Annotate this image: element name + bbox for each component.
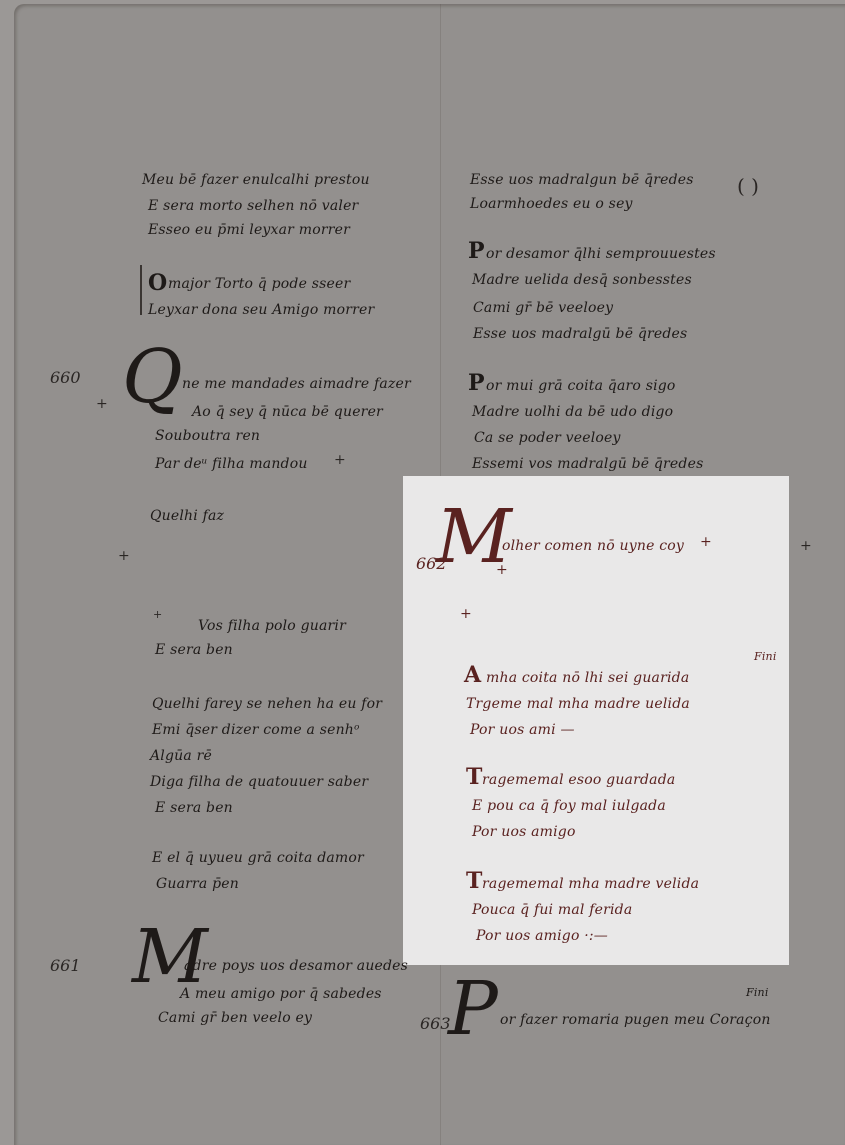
decorated-initial: Q [122, 340, 183, 414]
verse-line: ragememal mha madre velida [482, 876, 699, 892]
poem-number: 663 [420, 1014, 451, 1033]
decorated-initial: M [132, 920, 208, 994]
verse-line: Quelhi faz [150, 508, 224, 524]
paren-mark: ( ) [737, 174, 759, 198]
verse-line: ne me mandades aimadre fazer [182, 376, 411, 392]
verse-line: Emi q̄ser dizer come a senhᵒ [152, 722, 360, 738]
poem-number: 660 [50, 368, 81, 387]
verse-line: A meu amigo por q̄ sabedes [180, 986, 382, 1002]
verse-line: Ca se poder veeloey [474, 430, 621, 446]
verse-line: Por uos amigo [472, 824, 576, 840]
decorated-initial: P [448, 972, 498, 1046]
initial-letter: A [464, 662, 481, 688]
verse-line: Trgeme mal mha madre uelida [466, 696, 690, 712]
verse-line: mha coita nō lhi sei guarida [486, 670, 689, 686]
verse-line: Cami gr̄ bē veeloey [473, 300, 613, 316]
verse-line: E el q̄ uyueu grā coita damor [152, 850, 364, 866]
verse-line: Cami gr̄ ben veelo ey [158, 1010, 312, 1026]
verse-line: Souboutra ren [155, 428, 260, 444]
verse-line: Por uos amigo ·:— [476, 928, 608, 944]
initial-letter: T [466, 764, 482, 790]
cross-mark: + [460, 606, 472, 622]
verse-line: ragememal esoo guardada [482, 772, 675, 788]
verse-line: E sera ben [155, 800, 233, 816]
verse-line: or mui grā coita q̄aro sigo [486, 378, 676, 394]
verse-line: Esse uos madralgū bē q̄redes [473, 326, 687, 342]
verse-line: Par deᵘ filha mandou [155, 456, 308, 472]
verse-line: Leyxar dona seu Amigo morrer [148, 302, 374, 318]
verse-line: adre poys uos desamor auedes [184, 958, 408, 974]
poem-number: 661 [50, 956, 81, 975]
initial-letter: P [468, 370, 485, 396]
verse-line: Vos filha polo guarir [198, 618, 346, 634]
verse-line: Ao q̄ sey q̄ nūca bē querer [192, 404, 383, 420]
verse-line: Diga filha de quatouuer saber [150, 774, 368, 790]
initial-letter: P [468, 238, 485, 264]
verse-line: Meu bē fazer enulcalhi prestou [142, 172, 370, 188]
verse-line: E sera morto selhen nō valer [148, 198, 358, 214]
verse-line: Esse uos madralgun bē q̄redes [470, 172, 694, 188]
cross-mark: + [334, 452, 346, 468]
cross-mark: + [496, 562, 508, 578]
verse-line: Essemi vos madralgū bē q̄redes [472, 456, 703, 472]
initial-letter: O [148, 270, 167, 296]
verse-line: Madre uelida desq̄ sonbesstes [472, 272, 692, 288]
verse-line: Madre uolhi da bē udo digo [472, 404, 673, 420]
margin-note: Fini [754, 650, 777, 663]
verse-line: Loarmhoedes eu o sey [470, 196, 633, 212]
cross-mark: + [800, 538, 812, 554]
cross-mark: + [700, 534, 712, 550]
cross-mark: + [96, 396, 108, 412]
verse-line: Quelhi farey se nehen ha eu for [152, 696, 382, 712]
margin-note: Fini [746, 986, 769, 999]
margin-bracket [140, 265, 142, 315]
verse-line: olher comen nō uyne coy [502, 538, 684, 554]
verse-line: or desamor q̄lhi semprouuestes [486, 246, 716, 262]
verse-line: Por uos ami — [470, 722, 575, 738]
verse-line: Algūa rē [150, 748, 212, 764]
verse-line: or fazer romaria pugen meu Coraçon [500, 1012, 771, 1028]
verse-line: E pou ca q̄ foy mal iulgada [472, 798, 666, 814]
cross-mark: + [118, 548, 130, 564]
verse-line: E sera ben [155, 642, 233, 658]
verse-line: Esseo eu p̄mi leyxar morrer [148, 222, 350, 238]
cross-mark: + [153, 608, 162, 621]
verse-line: major Torto q̄ pode sseer [168, 276, 350, 292]
verse-line: Pouca q̄ fui mal ferida [472, 902, 632, 918]
initial-letter: T [466, 868, 482, 894]
verse-line: Guarra p̄en [156, 876, 239, 892]
